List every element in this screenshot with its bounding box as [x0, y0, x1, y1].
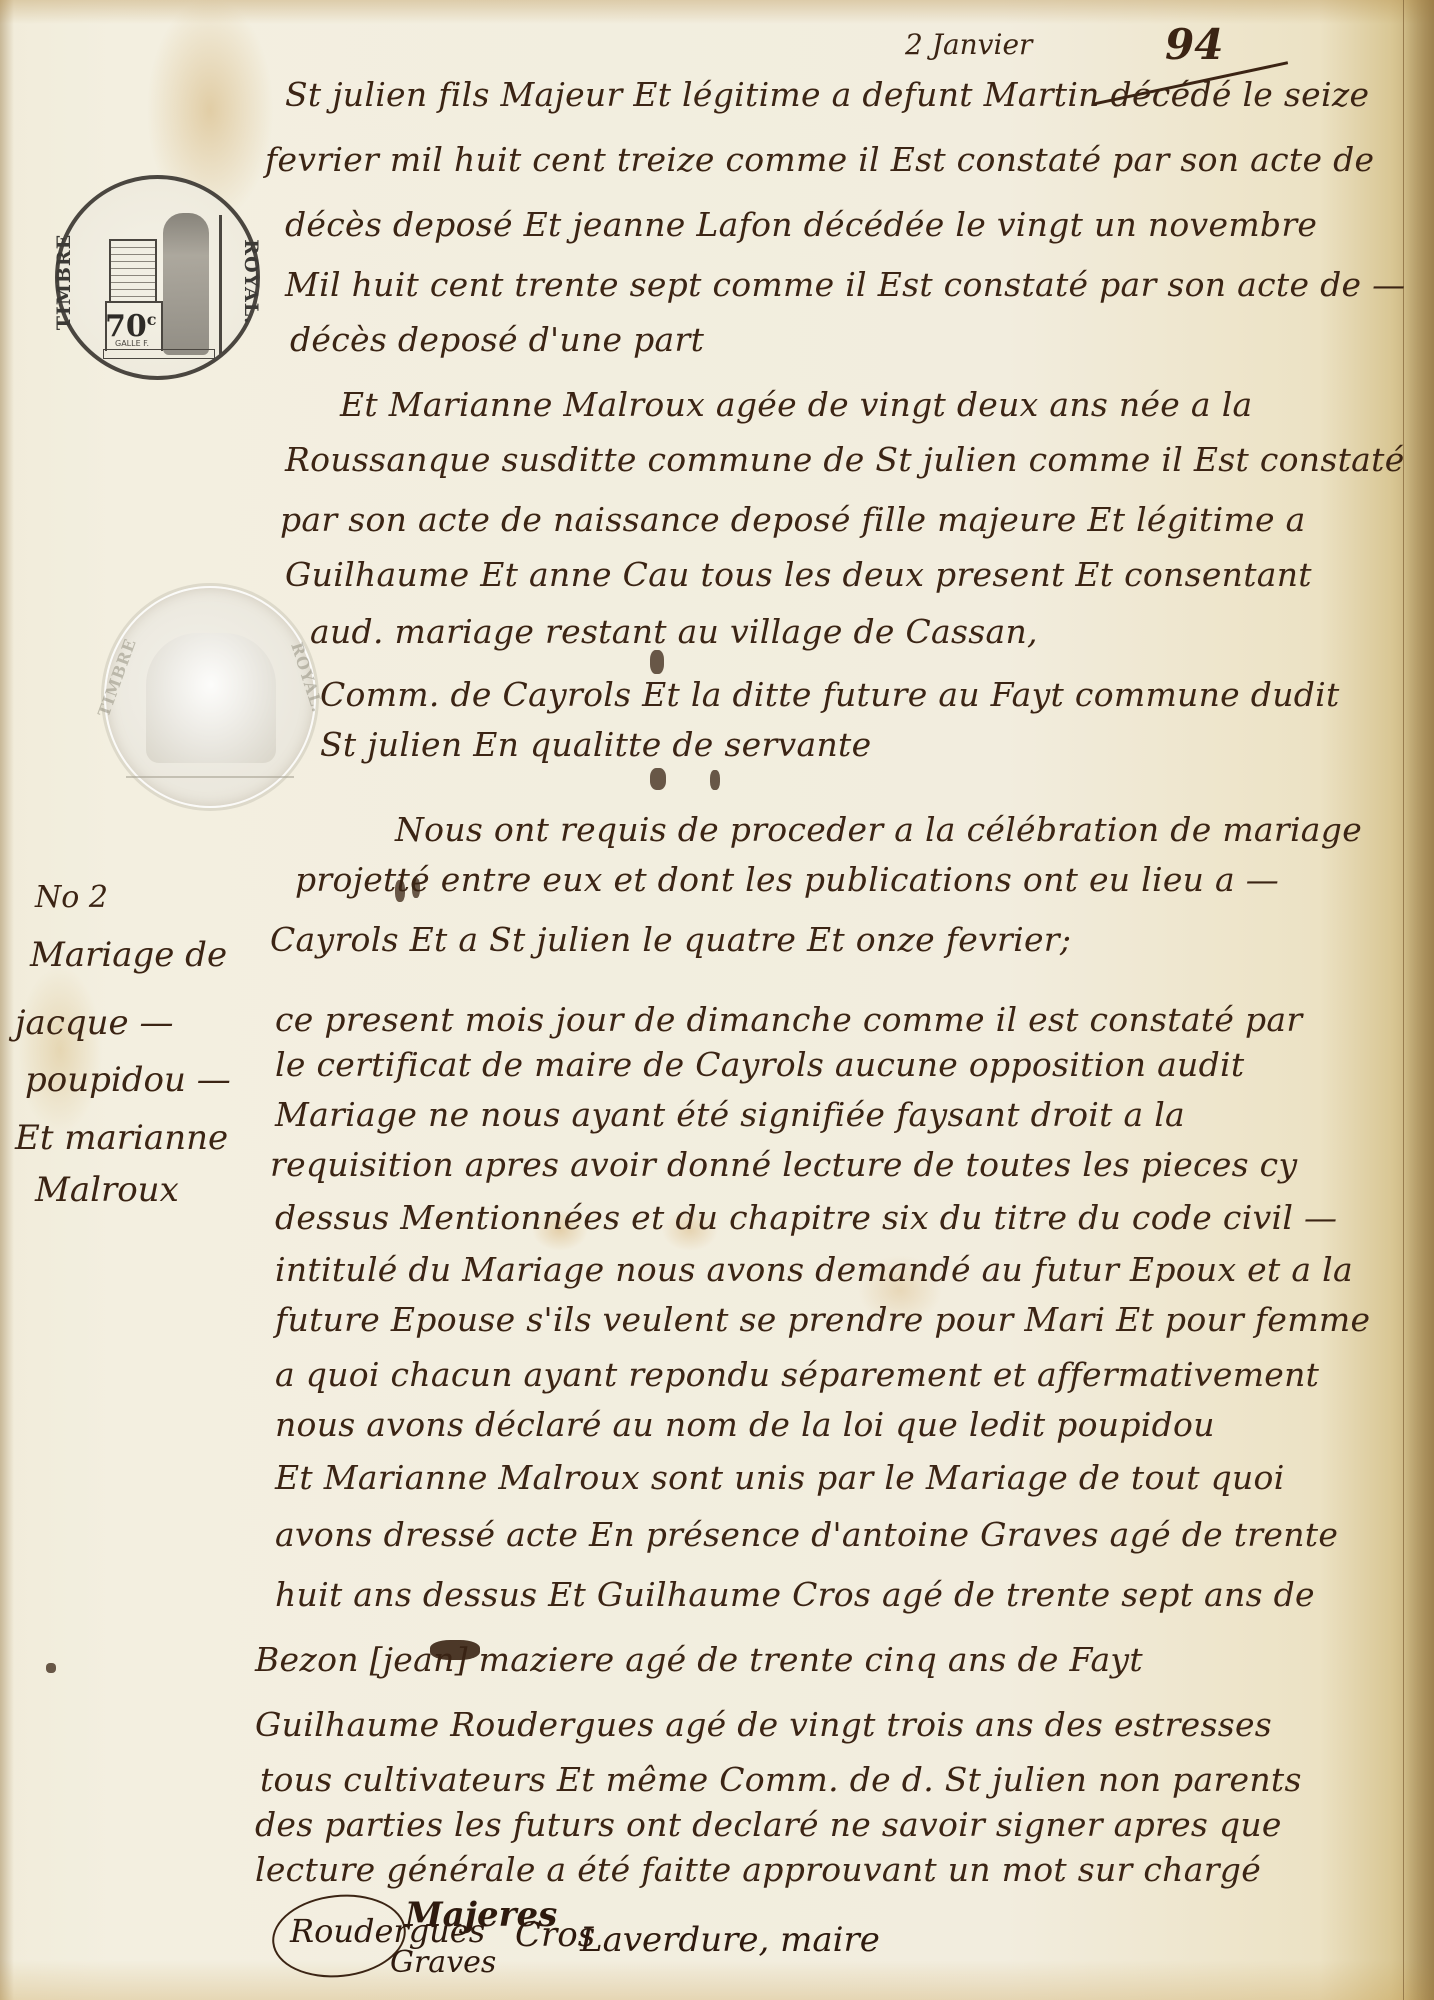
page-number: 94 — [1165, 20, 1223, 69]
stamp-staff-icon — [219, 215, 222, 355]
text-line-28: Bezon [jean] maziere agé de trente cinq … — [255, 1640, 1143, 1679]
text-line-19: requisition apres avoir donné lecture de… — [270, 1145, 1297, 1184]
margin-line-2: jacque — — [15, 1003, 173, 1043]
text-line-1: St julien fils Majeur Et légitime a defu… — [285, 75, 1369, 114]
text-line-4: Mil huit cent trente sept comme il Est c… — [285, 265, 1405, 304]
text-line-14: projetté entre eux et dont les publicati… — [295, 860, 1279, 899]
stamp-engraver: GALLE F. — [115, 339, 149, 348]
stamp-base — [103, 349, 215, 359]
stamp-label-left: TIMBRE — [53, 227, 75, 337]
ink-blot — [650, 768, 666, 790]
ink-blot — [46, 1663, 56, 1673]
struck-word-blot — [430, 1640, 480, 1660]
stamp-tablet-icon — [109, 239, 157, 303]
text-line-8: par son acte de naissance deposé fille m… — [280, 500, 1306, 539]
ink-blot — [650, 650, 664, 674]
signature-laverdure-maire: Laverdure, maire — [580, 1920, 880, 1960]
text-line-30: tous cultivateurs Et même Comm. de d. St… — [260, 1760, 1302, 1799]
timbre-royal-stamp: TIMBRE ROYAL. 70c GALLE F. — [55, 175, 260, 380]
margin-line-5: Malroux — [35, 1170, 179, 1210]
text-line-18: Mariage ne nous ayant été signifiée fays… — [275, 1095, 1185, 1134]
text-line-22: future Epouse s'ils veulent se prendre p… — [275, 1300, 1370, 1339]
ink-blot — [710, 770, 720, 790]
text-line-5: décès deposé d'une part — [290, 320, 704, 359]
text-line-2: fevrier mil huit cent treize comme il Es… — [265, 140, 1374, 179]
text-line-24: nous avons déclaré au nom de la loi que … — [275, 1405, 1215, 1444]
signature-graves: Graves — [390, 1945, 496, 1980]
text-line-20: dessus Mentionnées et du chapitre six du… — [275, 1198, 1337, 1237]
margin-line-3: poupidou — — [25, 1060, 231, 1100]
document-page: 2 Janvier 94 TIMBRE ROYAL. 70c GALLE F. … — [0, 0, 1434, 2000]
text-line-9: Guilhaume Et anne Cau tous les deux pres… — [285, 555, 1312, 594]
margin-entry-number: No 2 — [35, 880, 108, 915]
ink-blot — [412, 878, 420, 898]
text-line-7: Roussanque susditte commune de St julien… — [285, 440, 1405, 479]
text-line-13: Nous ont requis de proceder a la célébra… — [395, 810, 1362, 849]
text-line-31: des parties les futurs ont declaré ne sa… — [255, 1805, 1282, 1844]
margin-line-4: Et marianne — [15, 1118, 228, 1158]
page-binding-edge — [1403, 0, 1434, 2000]
text-line-26: avons dressé acte En présence d'antoine … — [275, 1515, 1338, 1554]
embossed-seal: TIMBRE ROYAL. — [104, 586, 316, 808]
seal-label-left: TIMBRE — [94, 636, 140, 720]
text-line-16: ce present mois jour de dimanche comme i… — [275, 1000, 1302, 1039]
ink-blot — [395, 880, 405, 902]
text-line-17: le certificat de maire de Cayrols aucune… — [275, 1045, 1244, 1084]
seal-seated-figure-icon — [146, 633, 276, 763]
text-line-27: huit ans dessus Et Guilhaume Cros agé de… — [275, 1575, 1315, 1614]
seal-ground-line — [126, 776, 294, 778]
text-line-21: intitulé du Mariage nous avons demandé a… — [275, 1250, 1353, 1289]
text-line-11: Comm. de Cayrols Et la ditte future au F… — [320, 675, 1340, 714]
text-line-25: Et Marianne Malroux sont unis par le Mar… — [275, 1458, 1285, 1497]
text-line-12: St julien En qualitte de servante — [320, 725, 871, 764]
insertion-annotation: 2 Janvier — [905, 28, 1032, 61]
text-line-29: Guilhaume Roudergues agé de vingt trois … — [255, 1705, 1272, 1744]
stamp-figure-icon — [163, 213, 209, 355]
stamp-label-right: ROYAL. — [240, 227, 262, 337]
text-line-6: Et Marianne Malroux agée de vingt deux a… — [340, 385, 1253, 424]
margin-line-1: Mariage de — [30, 935, 227, 975]
text-line-32: lecture générale a été faitte approuvant… — [255, 1850, 1261, 1889]
text-line-23: a quoi chacun ayant repondu séparement e… — [275, 1355, 1319, 1394]
text-line-3: décès deposé Et jeanne Lafon décédée le … — [285, 205, 1317, 244]
text-line-15: Cayrols Et a St julien le quatre Et onze… — [270, 920, 1071, 959]
text-line-10: aud. mariage restant au village de Cassa… — [310, 612, 1038, 651]
